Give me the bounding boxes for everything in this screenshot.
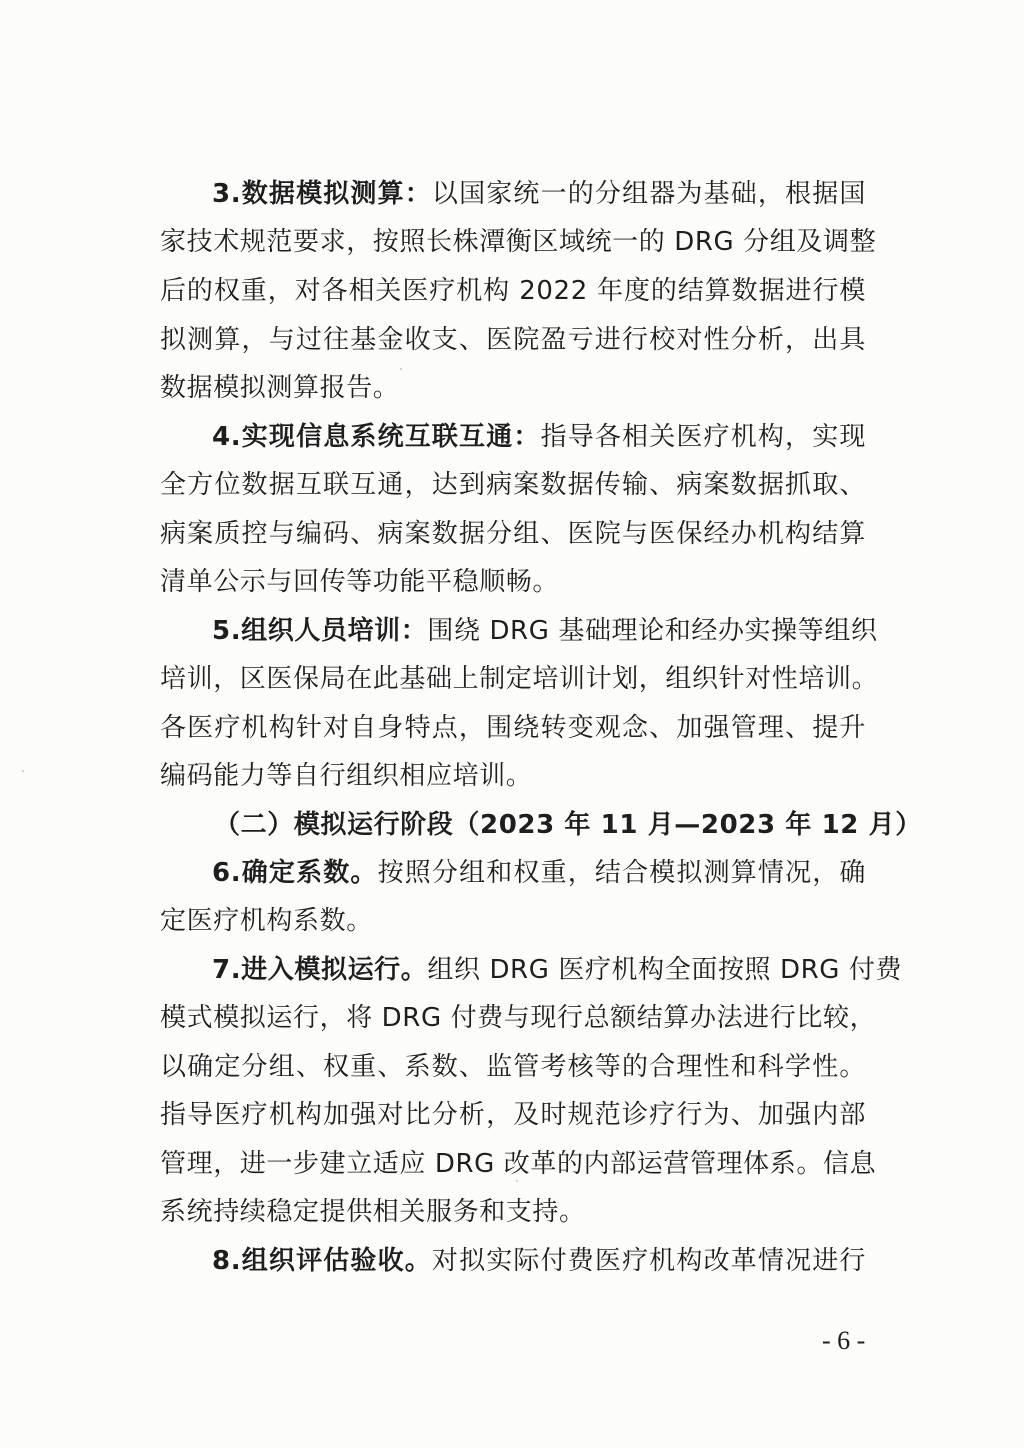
item-6-lead: 6.确定系数。 [212,858,378,888]
item-7-lead: 7.进入模拟运行。 [212,955,427,985]
item-7-line-6: 系统持续稳定提供相关服务和支持。 [160,1192,866,1232]
item-6-text: 按照分组和权重，结合模拟测算情况，确 [378,858,866,888]
item-7-text: 组织 DRG 医疗机构全面按照 DRG 付费 [427,955,902,985]
item-3-line-2: 家技术规范要求，按照长株潭衡区域统一的 DRG 分组及调整 [160,222,866,262]
item-4-line-2: 全方位数据互联互通，达到病案数据传输、病案数据抓取、 [160,465,866,505]
section-2-heading: （二）模拟运行阶段（2023 年 11 月—2023 年 12 月） [214,805,866,845]
item-7-line-2: 模式模拟运行，将 DRG 付费与现行总额结算办法进行比较， [160,998,866,1038]
scan-speck [22,770,24,772]
item-5-text: 围绕 DRG 基础理论和经办实操等组织 [427,616,877,646]
item-4-line-4: 清单公示与回传等功能平稳顺畅。 [160,562,866,602]
page-number: - 6 - [822,1326,865,1356]
item-5-line-2: 培训，区医保局在此基础上制定培训计划，组织针对性培训。 [160,659,866,699]
item-4-line-3: 病案质控与编码、病案数据分组、医院与医保经办机构结算 [160,514,866,554]
item-7-line-4: 指导医疗机构加强对比分析，及时规范诊疗行为、加强内部 [160,1095,866,1135]
item-3-lead: 3.数据模拟测算： [212,179,432,209]
scan-speck [516,1180,518,1182]
item-5-line-3: 各医疗机构针对自身特点，围绕转变观念、加强管理、提升 [160,708,866,748]
item-5-lead: 5.组织人员培训： [212,616,427,646]
item-4-lead: 4.实现信息系统互联互通： [212,422,541,452]
item-3-line-1: 3.数据模拟测算：以国家统一的分组器为基础，根据国 [212,174,866,214]
item-8-lead: 8.组织评估验收。 [212,1246,432,1276]
item-6-line-2: 定医疗机构系数。 [160,901,866,941]
item-3-line-4: 拟测算，与过往基金收支、医院盈亏进行校对性分析，出具 [160,320,866,360]
item-4-line-1: 4.实现信息系统互联互通：指导各相关医疗机构，实现 [212,417,866,457]
item-7-line-3: 以确定分组、权重、系数、监管考核等的合理性和科学性。 [160,1047,866,1087]
item-8-text: 对拟实际付费医疗机构改革情况进行 [432,1246,866,1276]
scan-speck [400,368,402,370]
item-5-line-1: 5.组织人员培训：围绕 DRG 基础理论和经办实操等组织 [212,611,866,651]
item-3-line-3: 后的权重，对各相关医疗机构 2022 年度的结算数据进行模 [160,271,866,311]
item-3-line-5: 数据模拟测算报告。 [160,368,866,408]
item-7-line-1: 7.进入模拟运行。组织 DRG 医疗机构全面按照 DRG 付费 [212,950,866,990]
document-page: 3.数据模拟测算：以国家统一的分组器为基础，根据国 家技术规范要求，按照长株潭衡… [0,0,1024,1448]
item-8-line-1: 8.组织评估验收。对拟实际付费医疗机构改革情况进行 [212,1241,866,1281]
item-5-line-4: 编码能力等自行组织相应培训。 [160,756,866,796]
item-6-line-1: 6.确定系数。按照分组和权重，结合模拟测算情况，确 [212,853,866,893]
item-4-text: 指导各相关医疗机构，实现 [541,422,866,452]
item-7-line-5: 管理，进一步建立适应 DRG 改革的内部运营管理体系。信息 [160,1144,866,1184]
item-3-text: 以国家统一的分组器为基础，根据国 [432,179,866,209]
